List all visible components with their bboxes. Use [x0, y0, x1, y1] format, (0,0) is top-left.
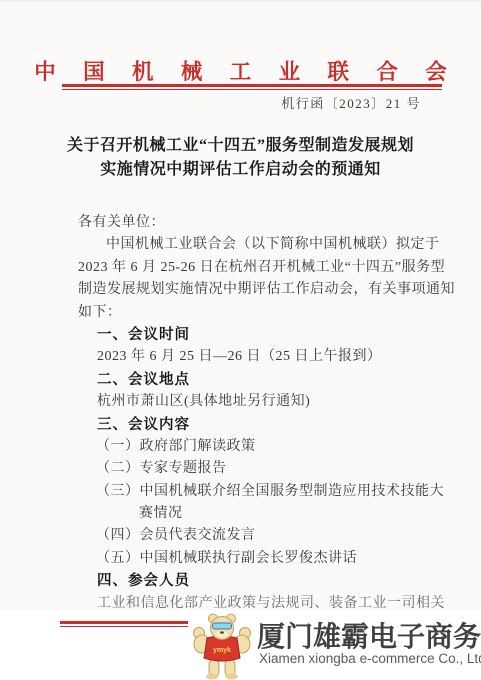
letterhead-org-name: 中 国 机 械 工 业 联 合 会	[0, 55, 481, 86]
sunglasses-icon	[213, 623, 232, 629]
agenda-item: （三）中国机械联介绍全国服务型制造应用技术技能大	[0, 481, 481, 503]
watermark-company-name-cn: 厦门雄霸电子商务	[257, 615, 481, 655]
meeting-time: 2023 年 6 月 25 日—26 日（25 日上午报到）	[0, 346, 481, 368]
document-title-line2: 实施情况中期评估工作启动会的预通知	[0, 158, 481, 182]
salutation: 各有关单位：	[0, 212, 481, 234]
document-title-line1: 关于召开机械工业“十四五”服务型制造发展规划	[0, 134, 481, 158]
agenda-item: （一）政府部门解读政策	[0, 436, 481, 458]
letterhead-double-rule	[62, 84, 442, 90]
paragraph-line: 制造发展规划实施情况中期评估工作启动会，有关事项通知	[0, 279, 481, 301]
meeting-location: 杭州市萧山区(具体地址另行通知)	[0, 391, 481, 413]
agenda-item: （五）中国机械联执行副会长罗俊杰讲话	[0, 548, 481, 570]
paragraph-line: 如下：	[0, 302, 481, 324]
section-heading-time: 一、会议时间	[0, 324, 481, 346]
section-heading-agenda: 三、会议内容	[0, 414, 481, 436]
bear-mascot-logo: ymyk	[187, 612, 257, 680]
footer-double-rule	[60, 621, 188, 627]
bear-shirt-text: ymyk	[213, 647, 231, 654]
scan-edge-artifact	[0, 0, 481, 2]
bear-nose	[220, 631, 224, 634]
section-heading-attendees: 四、参会人员	[0, 570, 481, 592]
document-title: 关于召开机械工业“十四五”服务型制造发展规划 实施情况中期评估工作启动会的预通知	[0, 134, 481, 182]
rule-line-top	[60, 621, 188, 624]
section-heading-location: 二、会议地点	[0, 369, 481, 391]
watermark-footer: ymyk 厦门雄霸电子商务 Xiamen xiongba e-commerce …	[0, 610, 481, 680]
rule-line-bottom	[62, 89, 442, 91]
paragraph-line: 中国机械工业联合会（以下简称中国机械联）拟定于	[0, 234, 481, 256]
bear-foot-right	[226, 674, 238, 680]
rule-line-bottom	[60, 626, 188, 628]
scanned-document-page: 中 国 机 械 工 业 联 合 会 机行函〔2023〕21 号 关于召开机械工业…	[0, 0, 481, 680]
agenda-item-wrap: 赛情况	[0, 503, 481, 525]
agenda-item: （四）会员代表交流发言	[0, 525, 481, 547]
paragraph-line: 2023 年 6 月 25-26 日在杭州召开机械工业“十四五”服务型	[0, 257, 481, 279]
document-body: 各有关单位： 中国机械工业联合会（以下简称中国机械联）拟定于 2023 年 6 …	[0, 212, 481, 615]
agenda-item: （二）专家专题报告	[0, 458, 481, 480]
bear-foot-left	[206, 674, 218, 680]
watermark-company-name-en: Xiamen xiongba e-commerce Co., Ltd	[259, 651, 481, 666]
document-number: 机行函〔2023〕21 号	[0, 93, 421, 112]
rule-line-top	[62, 84, 442, 87]
